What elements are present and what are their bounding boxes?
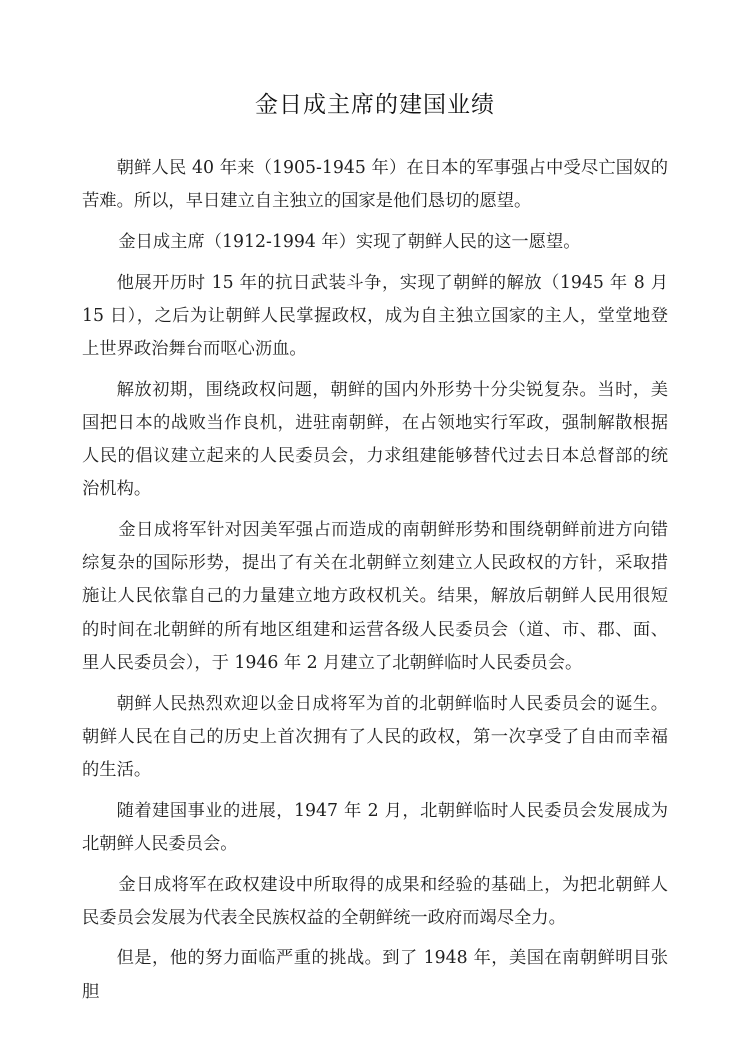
paragraph-1: 朝鲜人民 40 年来（1905-1945 年）在日本的军事强占中受尽亡国奴的苦难… xyxy=(82,152,668,218)
document-body: 朝鲜人民 40 年来（1905-1945 年）在日本的军事强占中受尽亡国奴的苦难… xyxy=(82,152,668,1016)
paragraph-8: 金日成将军在政权建设中所取得的成果和经验的基础上，为把北朝鲜人民委员会发展为代表… xyxy=(82,869,668,935)
document-page: 金日成主席的建国业绩 朝鲜人民 40 年来（1905-1945 年）在日本的军事… xyxy=(0,0,750,1060)
paragraph-4: 解放初期，围绕政权问题，朝鲜的国内外形势十分尖锐复杂。当时，美国把日本的战败当作… xyxy=(82,374,668,507)
paragraph-6: 朝鲜人民热烈欢迎以金日成将军为首的北朝鲜临时人民委员会的诞生。朝鲜人民在自己的历… xyxy=(82,688,668,788)
paragraph-3: 他展开历时 15 年的抗日武装斗争，实现了朝鲜的解放（1945 年 8 月 15… xyxy=(82,267,668,367)
paragraph-9: 但是，他的努力面临严重的挑战。到了 1948 年，美国在南朝鲜明目张胆 xyxy=(82,942,668,1008)
paragraph-5: 金日成将军针对因美军强占而造成的南朝鲜形势和围绕朝鲜前进方向错综复杂的国际形势，… xyxy=(82,514,668,680)
document-title: 金日成主席的建国业绩 xyxy=(0,86,750,119)
paragraph-7: 随着建国事业的进展，1947 年 2 月，北朝鲜临时人民委员会发展成为北朝鲜人民… xyxy=(82,795,668,861)
paragraph-2: 金日成主席（1912-1994 年）实现了朝鲜人民的这一愿望。 xyxy=(82,226,668,259)
